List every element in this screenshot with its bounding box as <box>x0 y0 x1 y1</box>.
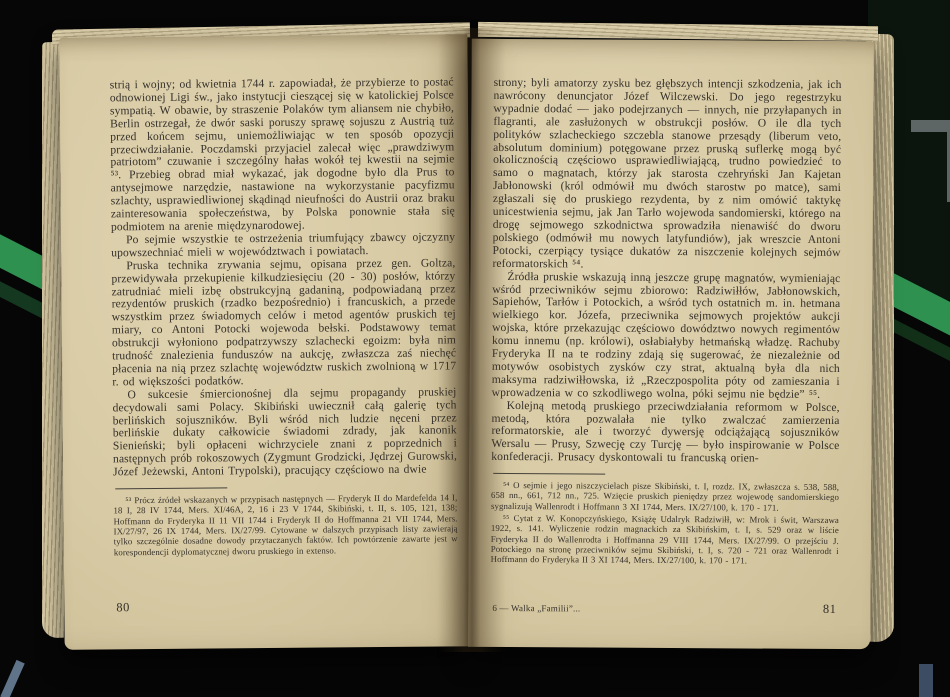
left-page: strią i wojny; od kwietnia 1744 r. zapow… <box>59 34 472 650</box>
right-page-footer: 6 — Walka „Familii”... 81 <box>490 600 838 635</box>
footnote-55: ⁵⁵ Cytat z W. Konopczyńskiego, Książę Ud… <box>491 513 839 567</box>
page-number-right: 81 <box>823 602 837 617</box>
paragraph: strony; byli amatorzy zysku bez głębszyc… <box>492 77 841 273</box>
paragraph: strią i wojny; od kwietnia 1744 r. zapow… <box>110 76 455 234</box>
footnote-separator <box>115 487 227 489</box>
paragraph: Pruska technika zrywania sejmu, opisana … <box>111 257 456 389</box>
page-number-left: 80 <box>114 597 458 635</box>
paragraph: Po sejmie wszystkie te ostrzeżenia trium… <box>111 231 455 260</box>
paragraph: O sukcesie śmiercionośnej dla sejmu prop… <box>112 386 457 479</box>
print-signature: 6 — Walka „Familii”... <box>492 603 580 614</box>
right-page: strony; byli amatorzy zysku bez głębszyc… <box>468 39 874 649</box>
paragraph: Źródła pruskie wskazują inną jeszcze gru… <box>492 271 841 402</box>
footnote-54: ⁵⁴ O sejmie i jego niszczycielach pisze … <box>491 480 839 513</box>
paragraph: Kolejną metodą pruskiego przeciwdziałani… <box>491 400 839 467</box>
footnote-53: ⁵³ Prócz źródeł wskazanych w przypisach … <box>113 492 458 557</box>
footnote-separator <box>493 473 605 475</box>
open-book: strią i wojny; od kwietnia 1744 r. zapow… <box>0 0 950 697</box>
photo-of-open-book: strią i wojny; od kwietnia 1744 r. zapow… <box>0 0 950 697</box>
